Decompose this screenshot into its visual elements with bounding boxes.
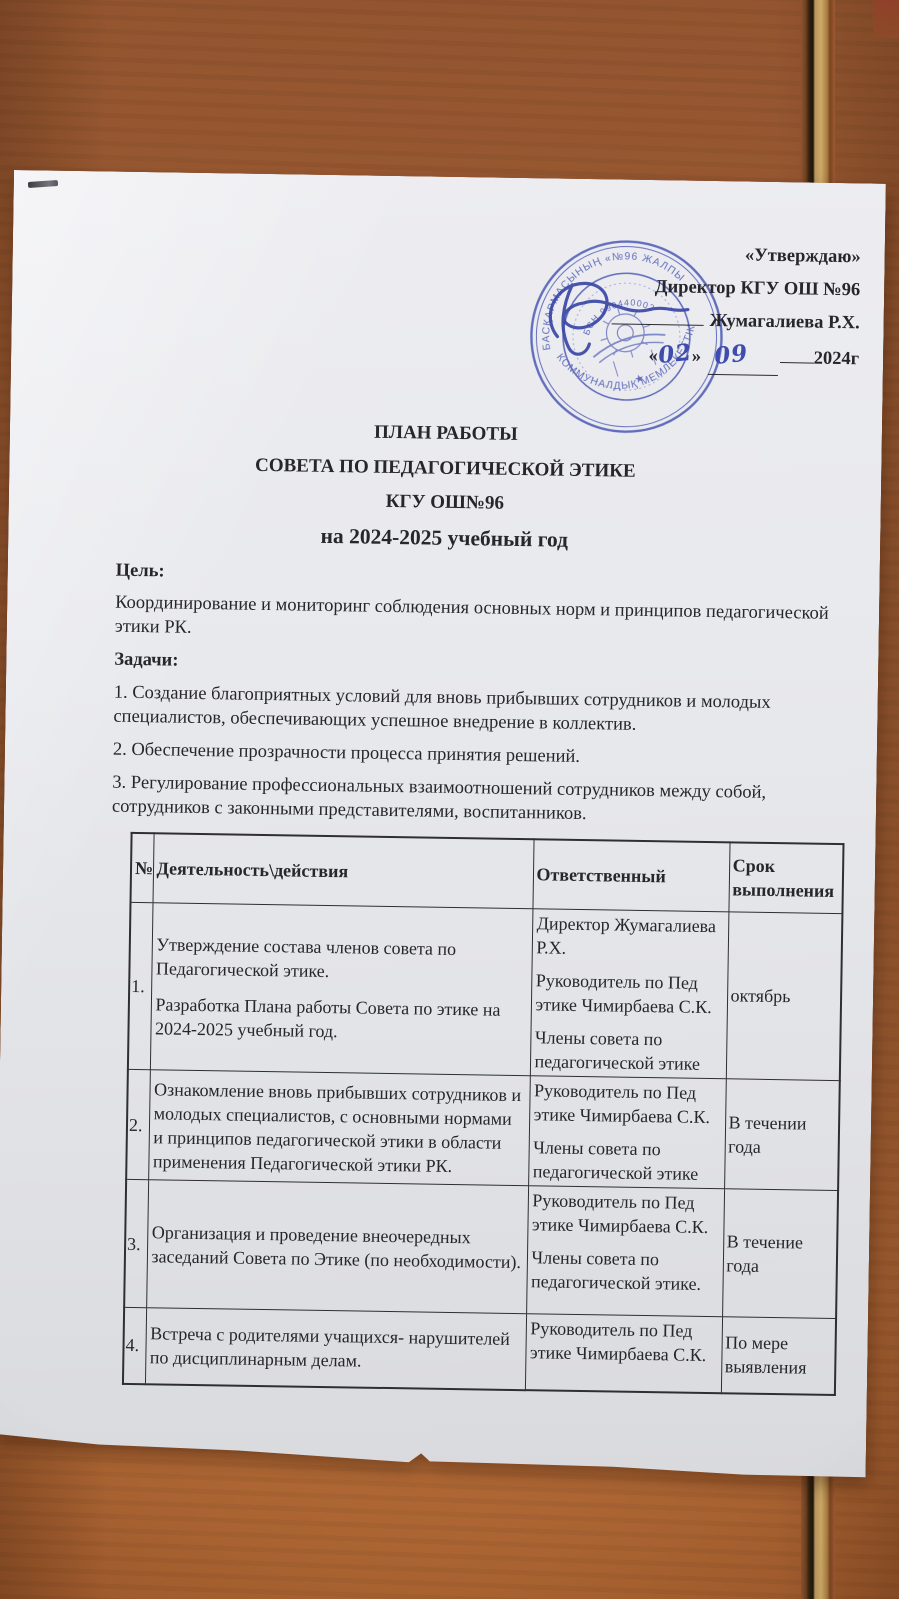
signature-flourish bbox=[563, 285, 591, 355]
row-responsible: Директор Жумагалиева Р.Х.Руководитель по… bbox=[530, 909, 729, 1079]
paragraph: Руководитель по Пед этике Чимирбаева С.К… bbox=[532, 1188, 720, 1239]
col-header-responsible: Ответственный bbox=[532, 839, 729, 912]
paragraph: Директор Жумагалиева Р.Х. bbox=[536, 911, 724, 962]
paragraph: Встреча с родителями учащихся- нарушител… bbox=[150, 1322, 522, 1376]
row-term: В течение года bbox=[722, 1189, 838, 1319]
plan-table: № Деятельность\действия Ответственный Ср… bbox=[122, 832, 845, 1396]
row-num: 1. bbox=[128, 902, 153, 1069]
signature-tail bbox=[584, 301, 688, 312]
col-header-activity: Деятельность\действия bbox=[153, 833, 534, 908]
paragraph: Члены совета по педагогической этике bbox=[534, 1025, 722, 1076]
year-suffix: 2024г bbox=[814, 349, 860, 370]
row-num: 4. bbox=[123, 1307, 146, 1383]
col-header-num: № bbox=[131, 833, 154, 903]
signature bbox=[539, 270, 760, 368]
photo-scene: «Утверждаю» Директор КГУ ОШ №96 Жумагали… bbox=[0, 0, 899, 1599]
signature-loop bbox=[550, 283, 607, 337]
tasks-list: 1. Создание благоприятных условий для вн… bbox=[112, 681, 844, 830]
date-fill-line bbox=[780, 362, 814, 364]
row-responsible: Руководитель по Пед этике Чимирбаева С.К… bbox=[525, 1314, 722, 1393]
paragraph: 1. Создание благоприятных условий для вн… bbox=[113, 681, 844, 740]
row-num: 2. bbox=[126, 1069, 150, 1179]
tasks-label: Задачи: bbox=[114, 648, 844, 683]
paragraph: 3. Регулирование профессиональных взаимо… bbox=[112, 771, 843, 830]
table-row: 4. Встреча с родителями учащихся- наруши… bbox=[123, 1307, 836, 1394]
table-row: 3. Организация и проведение внеочередных… bbox=[124, 1179, 838, 1318]
document-body: Цель: Координирование и мониторинг соблю… bbox=[0, 557, 880, 1396]
paragraph: Руководитель по Пед этике Чимирбаева С.К… bbox=[535, 968, 723, 1019]
paragraph: Организация и проведение внеочередных за… bbox=[151, 1220, 523, 1274]
paragraph: Члены совета по педагогической этике bbox=[533, 1135, 721, 1186]
row-term: В течении года bbox=[724, 1079, 840, 1191]
goal-label: Цель: bbox=[116, 559, 846, 594]
paragraph: Руководитель по Пед этике Чимирбаева С.К… bbox=[534, 1078, 722, 1129]
row-activity: Встреча с родителями учащихся- нарушител… bbox=[145, 1308, 526, 1390]
paragraph: 2. Обеспечение прозрачности процесса при… bbox=[113, 738, 843, 773]
row-responsible: Руководитель по Пед этике Чимирбаева С.К… bbox=[528, 1076, 726, 1189]
document-title: ПЛАН РАБОТЫ СОВЕТА ПО ПЕДАГОГИЧЕСКОЙ ЭТИ… bbox=[8, 410, 882, 562]
paragraph: Разработка Плана работы Совета по этике … bbox=[155, 992, 527, 1046]
row-responsible: Руководитель по Пед этике Чимирбаева С.К… bbox=[526, 1186, 724, 1317]
col-header-term: Срок выполнения bbox=[728, 842, 843, 913]
table-row: 1. Утверждение состава членов совета по … bbox=[128, 902, 843, 1080]
paper-shadow-wrap: «Утверждаю» Директор КГУ ОШ №96 Жумагали… bbox=[0, 0, 899, 1599]
paragraph: Члены совета по педагогической этике. bbox=[531, 1245, 719, 1296]
row-term: По мере выявления bbox=[721, 1317, 836, 1395]
paragraph: Утверждение состава членов совета по Пед… bbox=[156, 932, 528, 986]
row-activity: Организация и проведение внеочередных за… bbox=[146, 1180, 528, 1314]
paragraph: Руководитель по Пед этике Чимирбаева С.К… bbox=[530, 1316, 718, 1367]
row-term: октябрь bbox=[726, 912, 843, 1081]
row-num: 3. bbox=[124, 1179, 148, 1307]
goal-text: Координирование и мониторинг соблюдения … bbox=[115, 591, 846, 650]
table-row: 2. Ознакомление вновь прибывших сотрудни… bbox=[126, 1069, 840, 1190]
document-paper: «Утверждаю» Директор КГУ ОШ №96 Жумагали… bbox=[0, 170, 886, 1479]
row-activity: Ознакомление вновь прибывших сотрудников… bbox=[148, 1070, 530, 1186]
paragraph: Ознакомление вновь прибывших сотрудников… bbox=[153, 1077, 525, 1179]
table-header-row: № Деятельность\действия Ответственный Ср… bbox=[131, 833, 844, 914]
row-activity: Утверждение состава членов совета по Пед… bbox=[150, 903, 533, 1076]
